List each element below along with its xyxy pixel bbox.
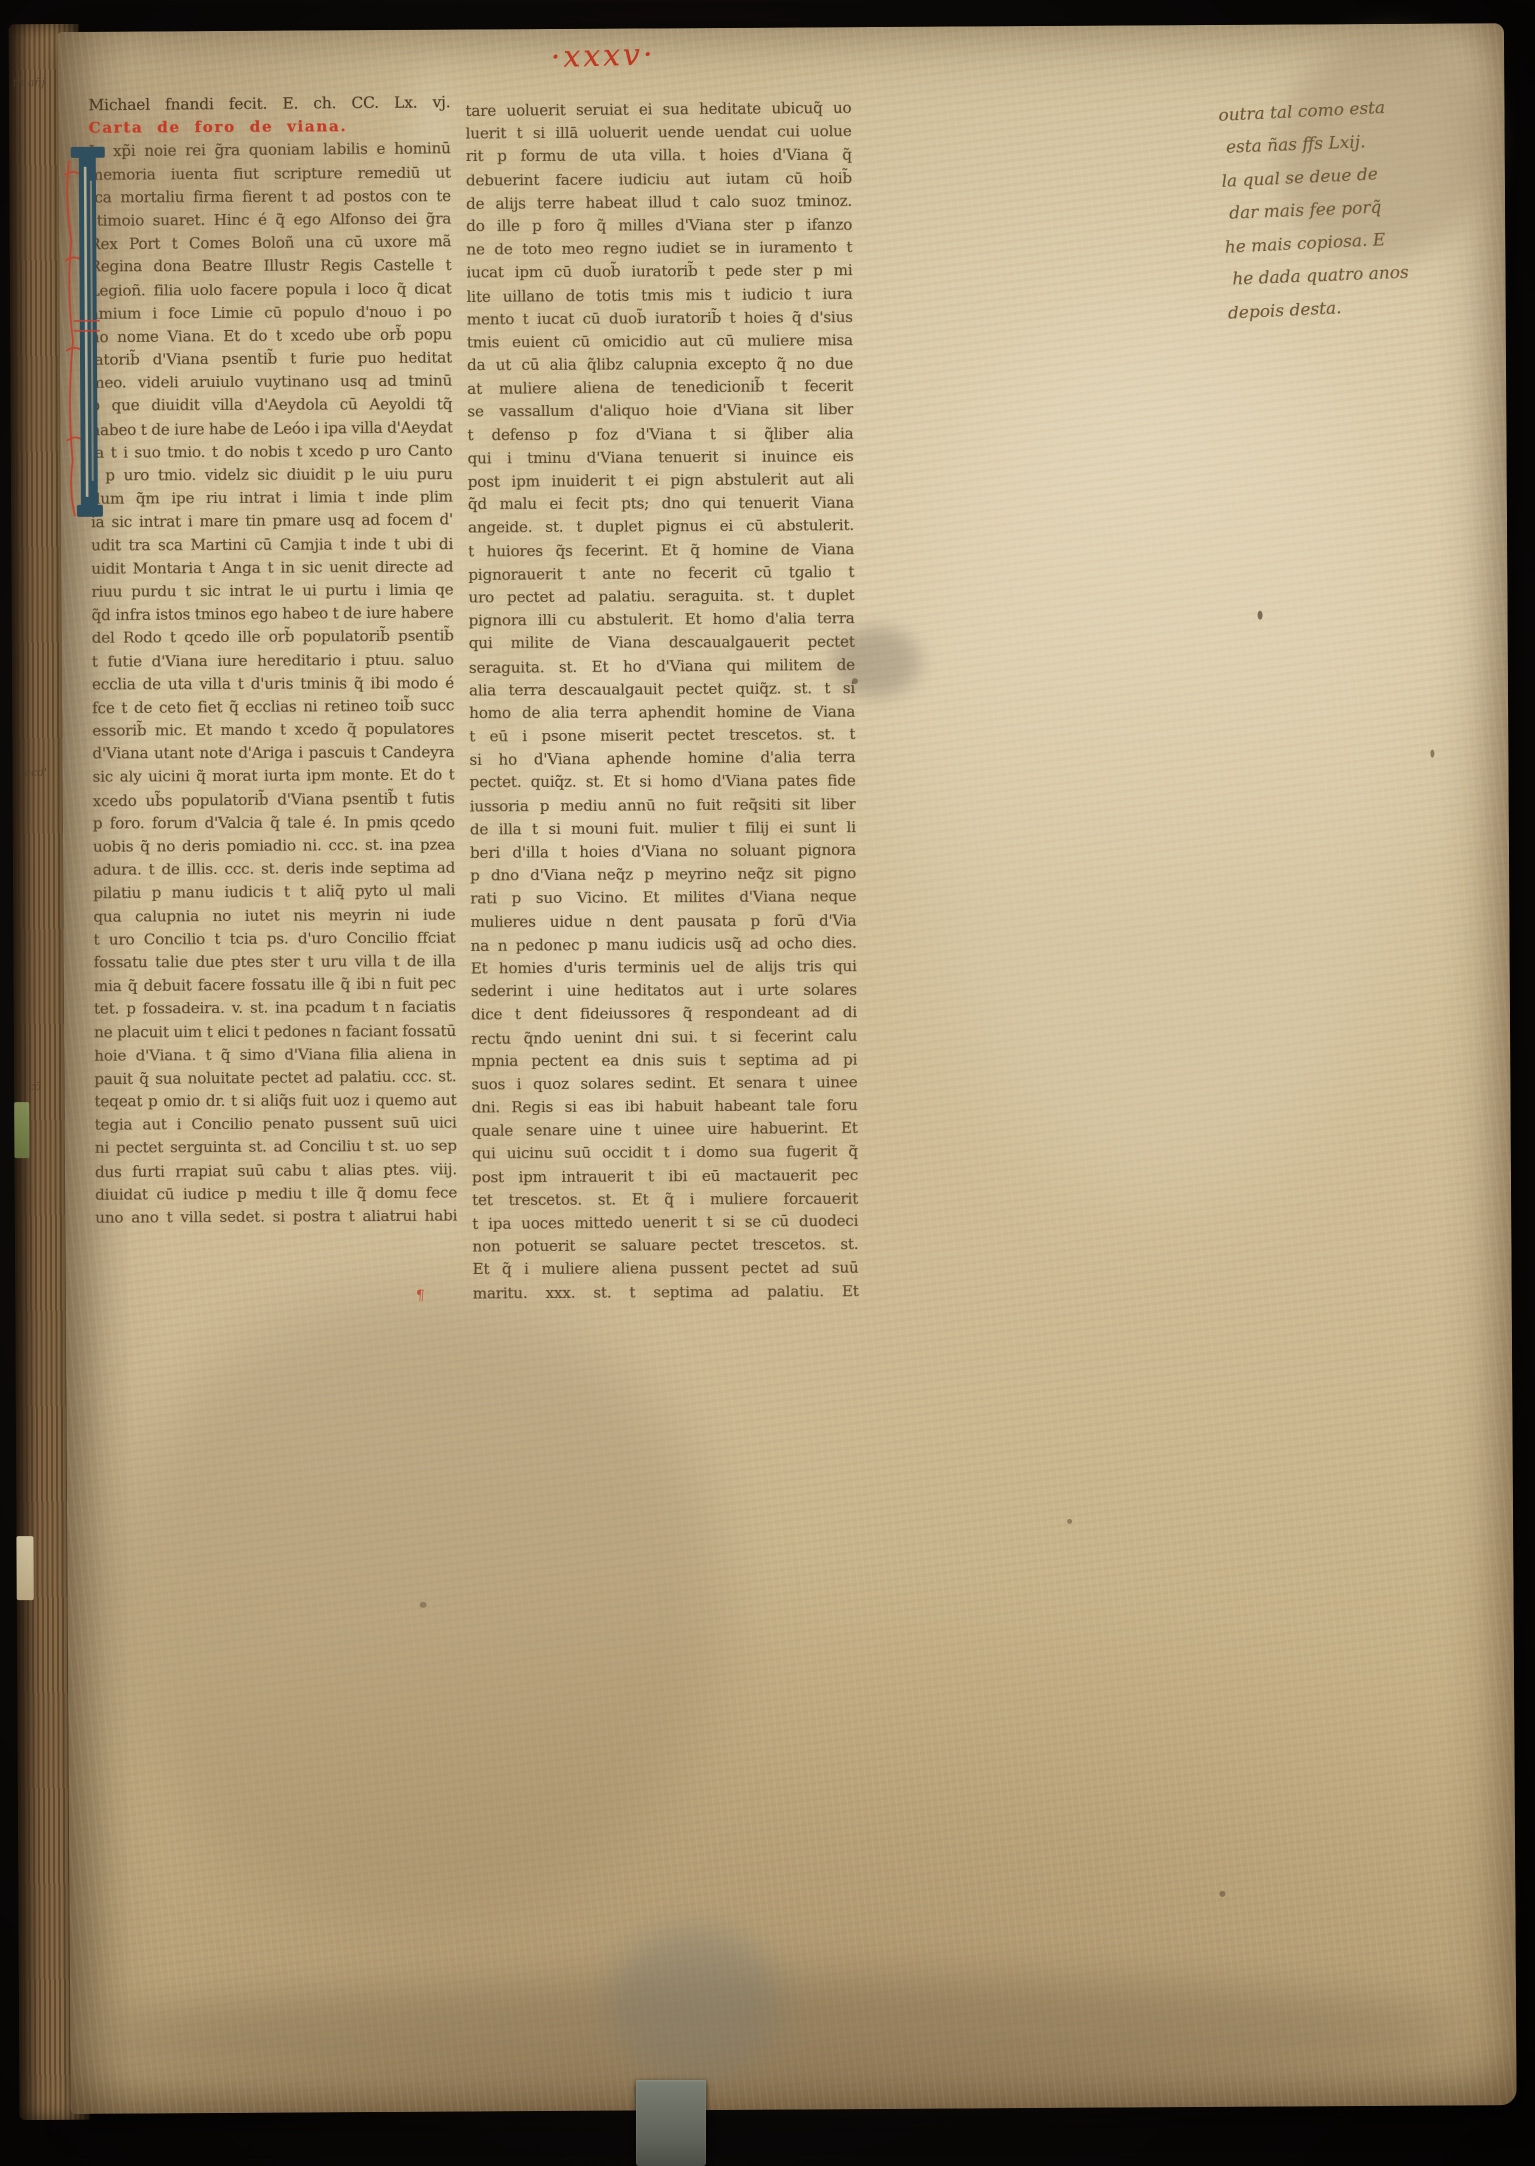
text-line: dum q̃m ipe riu intrat i limia t inde pl… [91, 486, 453, 511]
text-line: Legioñ. filia uolo facere popula i loco … [90, 277, 452, 302]
text-line: hoie d'Viana. t q̃ simo d'Viana filia al… [94, 1042, 456, 1067]
speckle [1430, 750, 1434, 758]
text-line: ne placuit uim t elici t pedones n facia… [94, 1020, 456, 1045]
text-line: qui milite de Viana descaualgauerit pect… [469, 631, 855, 656]
text-line: t huiores q̃s fecerint. Et q̃ homine de … [468, 538, 854, 564]
edge-mark-lower: cō [28, 1080, 41, 1093]
text-line: lite uillano de totis tmis mis t iudicio… [467, 282, 853, 308]
text-line: udit tra sca Martini cū Camjia t inde t … [91, 533, 453, 558]
text-line: dni. Regis si eas ibi habuit habeant tal… [472, 1094, 858, 1120]
text-line: q̃d infra istos tminos ego habeo t de iu… [91, 601, 453, 627]
rubric-title: Carta de foro de viana. [89, 115, 451, 140]
text-line: quale senare uine t uinee uire habuerint… [472, 1117, 858, 1143]
scribe-line: Michael fnandi fecit. E. ch. CC. Lx. vj. [88, 91, 450, 117]
text-line: rit p formu de uta villa. t hoies d'Vian… [466, 144, 852, 169]
text-line: fossatu talie due ptes ster t uru villa … [94, 950, 456, 975]
text-line: da ut cū alia q̃libz calupnia excepto q̃… [467, 353, 853, 378]
text-line: ecclia de uta villa t d'uris tminis q̃ i… [92, 672, 454, 697]
text-line: pignora illi cu abstulerit. Et homo d'al… [469, 607, 855, 633]
text-column-right: tare uoluerit seruiat ei sua heditate ub… [465, 97, 858, 1305]
text-line: Rex Port t Comes Boloñ una cū uxore mã [89, 230, 451, 256]
margin-annotation: outra tal como estaesta ñas ffs Lxij.la … [1218, 89, 1469, 331]
text-line: la t i suo tmio. t do nobis t xcedo p ur… [91, 439, 453, 464]
text-line: dus furti rrapiat suū cabu t alias ptes.… [95, 1158, 457, 1184]
edge-mark-top: th̃ añj [13, 76, 45, 89]
text-line: maritu. xxx. st. t septima ad palatiu. E… [473, 1280, 859, 1306]
text-line: Et q̃ i muliere aliena pussent pectet ad… [473, 1257, 859, 1282]
bookmark-tab [636, 2080, 706, 2166]
text-line: tegia aut i Concilio penato pussent suū … [95, 1112, 457, 1137]
text-line: si ho d'Viana aphende homine d'alia terr… [469, 746, 855, 772]
text-line: qui uicinu suū occidit t i domo sua fuge… [472, 1141, 858, 1167]
speckle [420, 1602, 427, 1608]
text-line: habeo t de iure habe de Leóo i ipa villa… [90, 416, 452, 442]
text-line: t eū i psone miserit pectet trescetos. s… [469, 723, 855, 749]
text-line: de alijs terre habeat illud t calo suoz … [466, 189, 852, 215]
text-line: t ipa uoces mittedo uenerit t si se cū d… [472, 1210, 858, 1236]
text-line: ia sic intrat i mare tin pmare usq ad fo… [91, 509, 453, 535]
speckle [1219, 1891, 1225, 1897]
text-line: diuidat cū iudice p mediu t ille q̃ domu… [95, 1181, 457, 1206]
text-line: uidit Montaria t Anga t in sic uenit dir… [91, 555, 453, 580]
text-line: In xp̃i noie rei g̃ra quoniam labilis e … [89, 138, 451, 164]
text-line: p que diuidit villa d'Aeydola cū Aeyoldi… [90, 393, 452, 418]
text-line: qua calupnia no iutet nis meyrin ni iude [93, 903, 455, 928]
text-line: sederint i uine heditatos aut i urte sol… [471, 979, 857, 1004]
text-line: at muliere aliena de tenedicionib̃ t fec… [467, 375, 853, 401]
text-line: teqeat p omio dr. t si aliq̃s fuit uoz i… [94, 1089, 456, 1114]
text-line: t futie d'Viana iure hereditario i ptuu.… [92, 648, 454, 673]
text-line: rectu q̃ndo uenint dni sui. t si fecerin… [471, 1024, 857, 1050]
text-line: rati p suo Vicino. Et milites d'Viana ne… [470, 886, 856, 912]
text-line: iussoria p mediu annū no fuit req̃siti s… [470, 793, 856, 819]
text-line: q̃d malu ei fecit pts; dno qui tenuerit … [468, 492, 854, 517]
text-line: Regina dona Beatre Illustr Regis Castell… [89, 254, 451, 279]
text-line: memoria iuenta fiut scripture remediū ut [89, 161, 451, 186]
text-line: pignorauerit t ante no fecerit cū tgalio… [468, 560, 854, 586]
stain [910, 304, 1415, 1207]
text-line: debuerint facere iudiciu aut iutam cū ho… [466, 167, 852, 193]
text-line: Et homies d'uris terminis uel de alijs t… [471, 955, 857, 981]
text-line: seraguita. st. Et ho d'Viana qui militem… [469, 653, 855, 679]
text-line: t uro Concilio t tcia ps. d'uro Concilio… [93, 926, 455, 951]
text-line: riuu purdu t sic intrat le ui purtu i li… [91, 579, 453, 604]
text-line: p foro. forum d'Valcia q̃ tale é. In pmi… [93, 811, 455, 836]
text-line: stimoio suaret. Hinc é q̃ ego Alfonso de… [89, 208, 451, 233]
decorated-initial-I [63, 141, 111, 523]
text-line: meo. videli aruiulo vuytinano usq ad tmi… [90, 370, 452, 395]
text-line: na n pedonec p manu iudicis usq̃ ad ocho… [470, 931, 856, 957]
text-line: sic aly uicini q̃ morat iurta ipm monte.… [92, 764, 454, 789]
text-line: alia terra descaualgauit pectet quiq̃z. … [469, 677, 855, 703]
parchment-page: ·xxxv· Michael fnandi fecit. E. ch. CC. … [58, 23, 1517, 2114]
column-body: In xp̃i noie rei g̃ra quoniam labilis e … [89, 138, 458, 1230]
text-line: t defenso p foz d'Viana t si q̃liber ali… [467, 422, 853, 447]
text-line: dice t dent fideiussores q̃ respondeant … [471, 1001, 857, 1027]
text-line: no nome Viana. Et do t xcedo ube orb̃ po… [90, 323, 452, 349]
pale-fragment [16, 1536, 33, 1600]
stain [106, 1288, 730, 1932]
text-line: angeide. st. t duplet pignus ei cū abstu… [468, 515, 854, 541]
text-line: qui i tminu d'Viana tenuerit si inuince … [468, 445, 854, 471]
text-line: tet. p fossadeira. v. st. ina pcadum t n… [94, 996, 456, 1021]
text-line: uro pectet ad palatiu. seraguita. st. t … [468, 584, 854, 610]
text-line: de illa t si mouni fuit. mulier t filij … [470, 816, 856, 842]
green-fragment [14, 1102, 29, 1158]
text-line: ni pectet serguinta st. ad Conciliu t st… [95, 1135, 457, 1160]
speckle [1258, 611, 1263, 620]
text-line: xcedo ub̃s populatorib̃ d'Viana psentib̃… [93, 787, 455, 813]
text-line: del Rodo t qcedo ille orb̃ populatorib̃ … [92, 625, 454, 650]
text-line: fca mortaliu firma fierent t ad postos c… [89, 185, 451, 210]
text-line: uno ano t villa sedet. si postra t aliat… [95, 1205, 457, 1230]
text-line: post ipm intrauerit t ibi eū mactauerit … [472, 1164, 858, 1190]
text-line: pilatiu p manu iudicis t t aliq̃ pyto ul… [93, 880, 455, 906]
text-line: beri d'illa t hoies d'Viana no soluant p… [470, 839, 856, 865]
text-line: luerit t si illā uoluerit uende uendat c… [466, 120, 852, 146]
text-line: tare uoluerit seruiat ei sua heditate ub… [465, 97, 851, 123]
text-line: amium i foce Limie cū populo d'nouo i po [90, 300, 452, 325]
column-body: tare uoluerit seruiat ei sua heditate ub… [465, 97, 858, 1305]
text-line: suos i quoz solares sedint. Et senara t … [471, 1071, 857, 1097]
stain [610, 1928, 781, 2079]
text-line: pauit q̃ sua noluitate pectet ad palatiu… [94, 1065, 456, 1091]
text-line: adura. t de illis. ccc. st. deris inde s… [93, 857, 455, 882]
text-line: mulieres uidue n dent pausata p forū d'V… [470, 909, 856, 934]
text-line: uobis q̃ no deris pomiadio ni. ccc. st. … [93, 834, 455, 859]
stain [90, 1973, 1471, 2091]
text-line: mpnia pectent ea dnis suis t septima ad … [471, 1048, 857, 1073]
manuscript-photo: th̃ añj ecd' cō ·xxxv· Michael fnandi fe… [0, 0, 1535, 2166]
text-line: se vassallum d'aliquo hoie d'Viana sit l… [467, 399, 853, 425]
speckle [1067, 1519, 1072, 1524]
text-line: p dno d'Viana neq̃z p meyrino neq̃z sit … [470, 862, 856, 888]
text-line: do ille p foro q̃ milles d'Viana ster p … [466, 214, 852, 239]
text-line: post ipm inuiderit t ei pign abstulerit … [468, 468, 854, 494]
text-line: ne de toto meo regno iudiet se in iurame… [466, 236, 852, 262]
text-line: d'Viana utant note d'Ariga i pascuis t C… [92, 741, 454, 766]
text-line: homo de alia terra aphendit homine de Vi… [469, 700, 855, 725]
text-line: pectet. quiq̃z. st. Et si homo d'Viana p… [470, 770, 856, 795]
text-line: fce t de ceto fiet q̃ ecclias ni retineo… [92, 694, 454, 720]
edge-mark-middle: ecd' [24, 766, 47, 779]
text-line: iucat ipm cū duob̃ iuratorib̃ t pede ste… [466, 259, 852, 285]
text-line: latorib̃ d'Viana psentib̃ t furie puo he… [90, 347, 452, 372]
text-line: mia q̃ debuit facere fossatu ille q̃ ibi… [94, 972, 456, 998]
text-line: tet trescetos. st. Et q̃ i muliere forca… [472, 1187, 858, 1212]
paraph-mark: ¶ [415, 1287, 425, 1304]
text-line: essorib̃ mic. Et mando t xcedo q̃ popula… [92, 718, 454, 743]
text-line: tmis euient cū omicidio aut cū muliere m… [467, 329, 853, 355]
text-line: non potuerit se saluare pectet trescetos… [472, 1233, 858, 1259]
folio-number: ·xxxv· [518, 36, 689, 76]
text-column-left: Michael fnandi fecit. E. ch. CC. Lx. vj.… [88, 92, 457, 1230]
text-line: t p uro tmio. videlz sic diuidit p le ui… [91, 463, 453, 488]
text-line: mento t iucat cū duob̃ iuratorib̃ t hoie… [467, 306, 853, 332]
